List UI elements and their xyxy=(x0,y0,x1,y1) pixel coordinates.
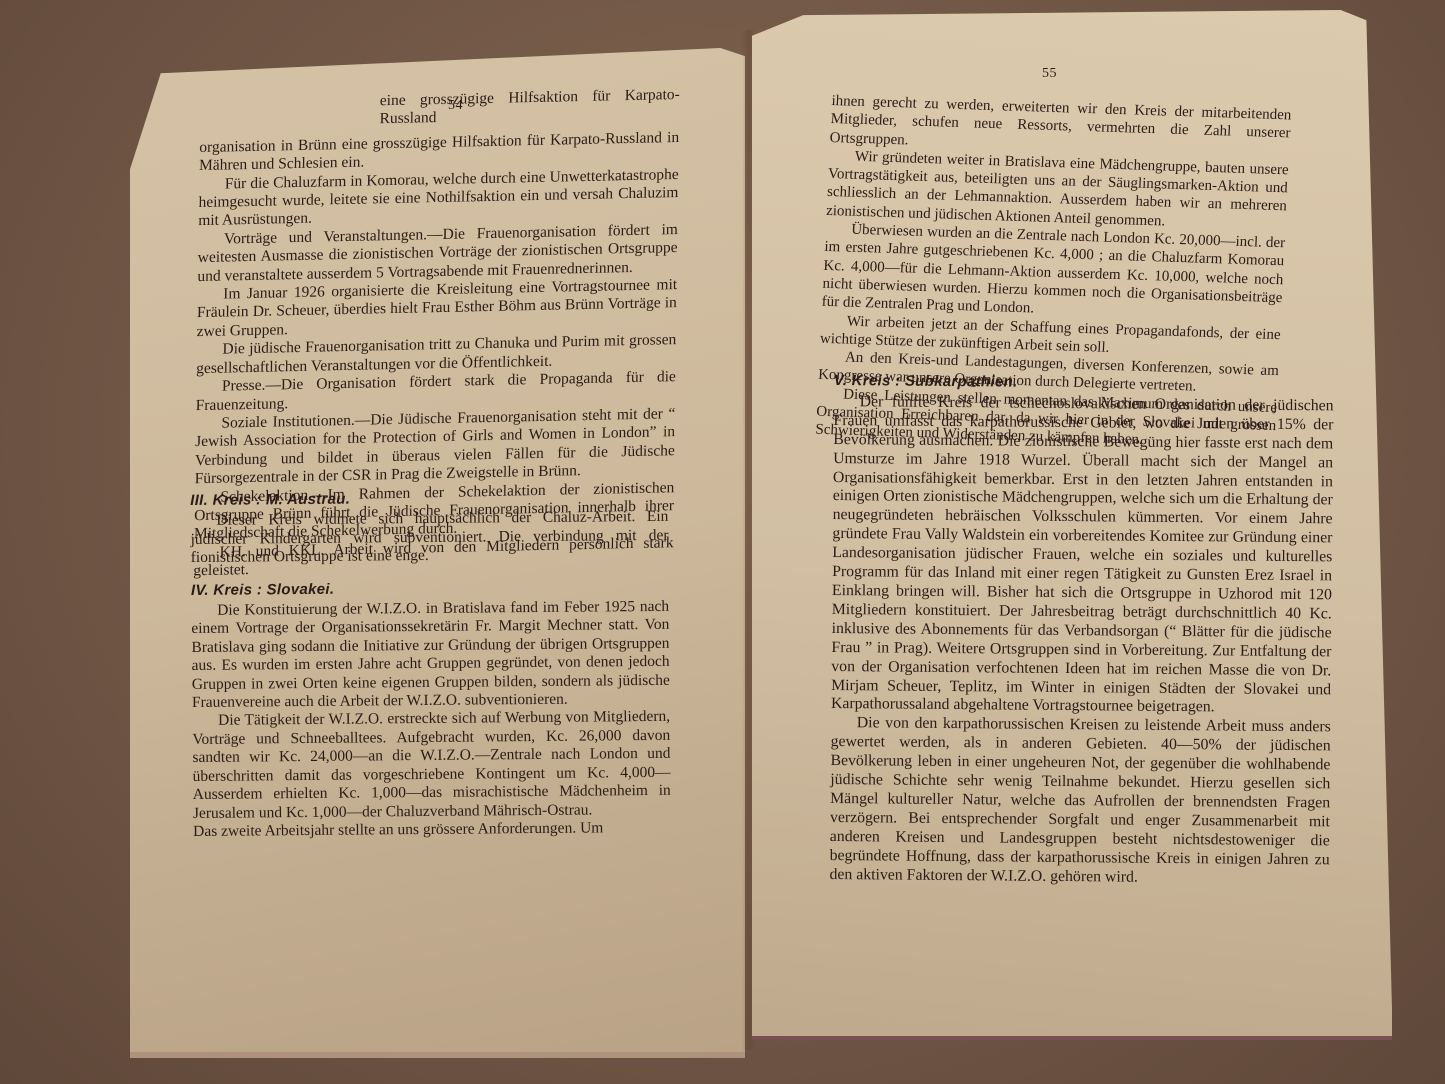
paragraph: Dieser Kreis widmete sich hauptsächlich … xyxy=(190,508,668,567)
paragraph: Der fünfte Kreis der tschechoslovakische… xyxy=(831,393,1334,719)
paragraph: Das zweite Arbeitsjahr stellte an uns gr… xyxy=(193,819,671,842)
paragraph: Vorträge und Veranstaltungen.—Die Frauen… xyxy=(197,221,678,286)
section-heading-iii: III. Kreis : M. Austrau. xyxy=(190,488,668,511)
right-page: 55 ihnen gerecht zu werden, erweiterten … xyxy=(752,10,1392,1040)
left-page-lower-text: III. Kreis : M. Austrau. Dieser Kreis wi… xyxy=(190,474,671,841)
section-heading-iv: IV. Kreis : Slovakei. xyxy=(191,577,669,600)
page-edge xyxy=(752,1036,1392,1040)
page-edge xyxy=(130,1052,745,1058)
paragraph: Für die Chaluzfarm in Komorau, welche du… xyxy=(198,166,679,231)
section-heading-v: V. Kreis : Subkarpathien. xyxy=(834,372,1334,395)
paragraph: Die Konstituierung der W.I.Z.O. in Brati… xyxy=(191,598,670,713)
paragraph: Die Tätigkeit der W.I.Z.O. erstreckte si… xyxy=(192,708,671,823)
paragraph: Im Januar 1926 organisierte die Kreislei… xyxy=(197,276,678,341)
paragraph: eine grosszügige Hilfsaktion für Karpato… xyxy=(199,86,679,133)
right-page-lower-text: V. Kreis : Subkarpathien. Der fünfte Kre… xyxy=(829,358,1334,889)
paragraph: Die von den karpathorussischen Kreisen z… xyxy=(829,714,1330,889)
left-page: 54 eine grosszügige Hilfsaktion für Karp… xyxy=(130,48,745,1058)
paragraph: Überwiesen wurden an die Zentrale nach L… xyxy=(821,220,1285,326)
page-number: 55 xyxy=(1042,66,1057,82)
